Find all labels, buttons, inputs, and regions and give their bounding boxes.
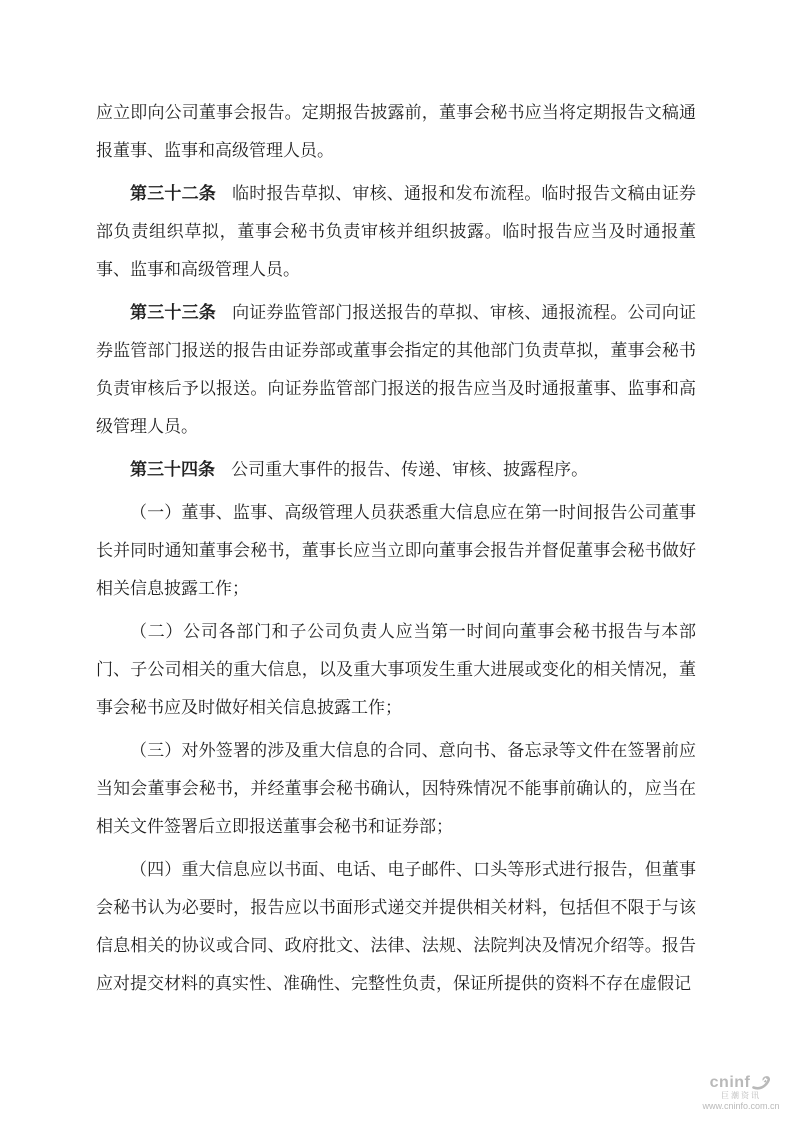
document-body: 应立即向公司董事会报告。定期报告披露前，董事会秘书应当将定期报告文稿通报董事、监…	[96, 94, 696, 1008]
paragraph-text: （二）公司各部门和子公司负责人应当第一时间向董事会秘书报告与本部门、子公司相关的…	[96, 622, 696, 717]
article-paragraph: （四）重大信息应以书面、电话、电子邮件、口头等形式进行报告，但董事会秘书认为必要…	[96, 851, 696, 1003]
cninfo-brand-text: cninf	[710, 1074, 751, 1092]
cninfo-url: www.cninfo.com.cn	[693, 1102, 789, 1112]
article-number: 第三十四条	[130, 460, 215, 479]
document-page: 应立即向公司董事会报告。定期报告披露前，董事会秘书应当将定期报告文稿通报董事、监…	[0, 0, 793, 1122]
article-paragraph: 第三十二条临时报告草拟、审核、通报和发布流程。临时报告文稿由证券部负责组织草拟，…	[96, 175, 696, 289]
cninfo-brand-row: cninf	[693, 1074, 789, 1092]
paragraph-text: （四）重大信息应以书面、电话、电子邮件、口头等形式进行报告，但董事会秘书认为必要…	[96, 860, 696, 993]
cninfo-logo-icon	[752, 1074, 772, 1091]
article-paragraph: 第三十三条向证券监管部门报送报告的草拟、审核、通报流程。公司向证券监管部门报送的…	[96, 294, 696, 446]
paragraph-text: （一）董事、监事、高级管理人员获悉重大信息应在第一时间报告公司董事长并同时通知董…	[96, 503, 696, 598]
article-paragraph: 应立即向公司董事会报告。定期报告披露前，董事会秘书应当将定期报告文稿通报董事、监…	[96, 94, 696, 170]
paragraph-text: 应立即向公司董事会报告。定期报告披露前，董事会秘书应当将定期报告文稿通报董事、监…	[96, 103, 696, 160]
article-paragraph: （三）对外签署的涉及重大信息的合同、意向书、备忘录等文件在签署前应当知会董事会秘…	[96, 732, 696, 846]
cninfo-watermark: cninf 巨潮资讯 www.cninfo.com.cn	[693, 1074, 789, 1112]
paragraph-text: 公司重大事件的报告、传递、审核、披露程序。	[231, 460, 588, 479]
article-paragraph: （二）公司各部门和子公司负责人应当第一时间向董事会秘书报告与本部门、子公司相关的…	[96, 613, 696, 727]
article-paragraph: 第三十四条公司重大事件的报告、传递、审核、披露程序。	[96, 451, 696, 489]
article-number: 第三十二条	[130, 184, 216, 203]
paragraph-text: 向证券监管部门报送报告的草拟、审核、通报流程。公司向证券监管部门报送的报告由证券…	[96, 303, 696, 436]
paragraph-text: （三）对外签署的涉及重大信息的合同、意向书、备忘录等文件在签署前应当知会董事会秘…	[96, 741, 696, 836]
article-paragraph: （一）董事、监事、高级管理人员获悉重大信息应在第一时间报告公司董事长并同时通知董…	[96, 494, 696, 608]
article-number: 第三十三条	[130, 303, 216, 322]
cninfo-brand-cn: 巨潮资讯	[693, 1092, 789, 1101]
